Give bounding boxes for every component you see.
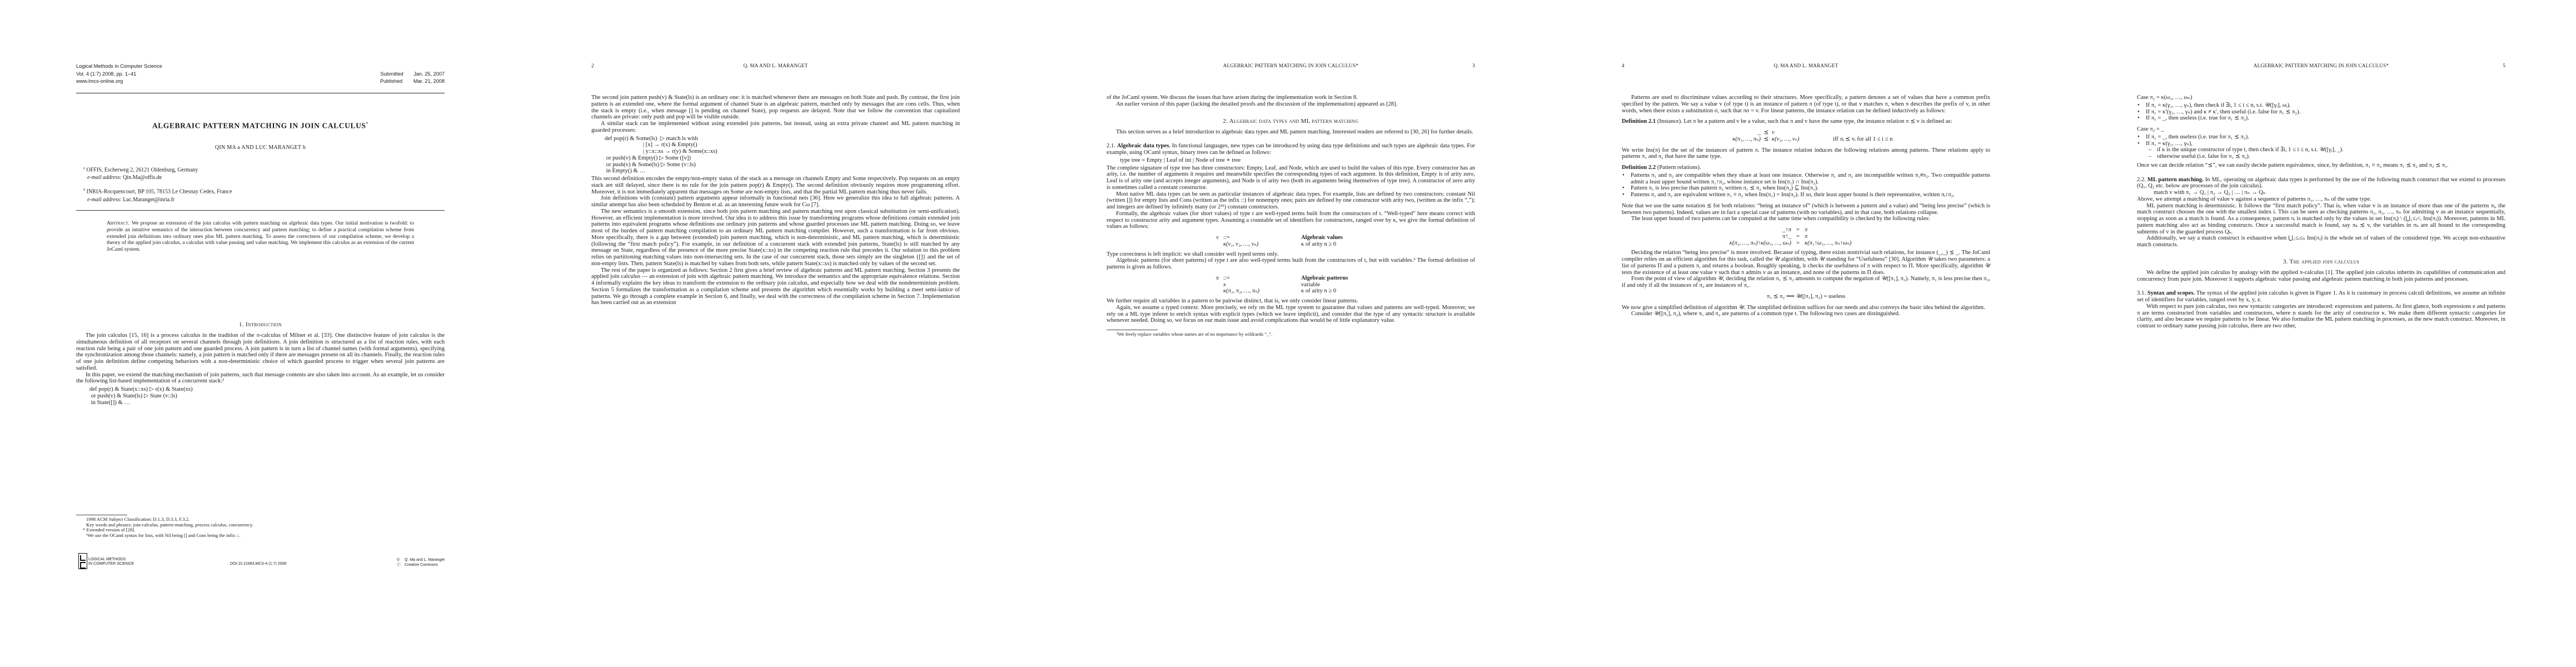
type-definition: type tree = Empty | Leaf of int | Node o… [1120, 157, 1475, 164]
subsection-heading: Algebraic data types. [1117, 143, 1170, 149]
instance-rules: _ ⪯ v κ(π₁, …, πₙ) ⪯ κ(v₁, …, vₙ) iff πᵢ… [1677, 130, 1990, 143]
affiliation-rule [76, 210, 445, 211]
paragraph: Deciding the relation “being less precis… [1622, 250, 1990, 276]
paragraph: With respect to pure join calculus, two … [2137, 303, 2505, 330]
case-heading: Case π₂ = _ [2137, 126, 2505, 133]
case-2-sublist: if κ is the unique constructor of type t… [2137, 147, 2505, 160]
values-grammar: v ::= Algebraic values κ(v₁, v₂, …, vₙ) … [1190, 235, 1475, 248]
subsection-paragraph: 3.1. Syntax and scopes. The syntax of th… [2137, 290, 2505, 303]
affiliation-b: b INRIA-Rocquencourt, BP 105, 78153 Le C… [87, 186, 432, 196]
paragraph: Consider 𝒰([π₁], π₂), where π₁ and π₂ ar… [1622, 311, 1990, 317]
case-1-list: If π₁ = κ(γ₁, …, γₙ), then check if ∃i, … [2137, 102, 2505, 122]
page-body: Patterns are used to discriminate values… [1622, 94, 1990, 317]
list-item: If π₁ = κ′(γ₁, …, γₙ) and κ ≠ κ′, then u… [2146, 109, 2505, 116]
list-item: Patterns π₁ and π₂ are equivalent writte… [1631, 192, 1990, 198]
logo-text: LOGICAL METHODS IN COMPUTER SCIENCE [88, 558, 134, 566]
paragraph: of the JoCaml system. We discuss the iss… [1107, 94, 1475, 101]
page-3: ALGEBRAIC PATTERN MATCHING IN JOIN CALCU… [1030, 0, 1546, 667]
paragraph: Join definitions with (constant) pattern… [591, 195, 960, 208]
page-number: 3 [1472, 63, 1475, 68]
paragraph: We further require all variables in a pa… [1107, 298, 1475, 305]
paragraph: Additionally, we say a match construct i… [2137, 235, 2505, 248]
section-heading: 1. Introduction [76, 321, 445, 328]
paragraph: Type correctness is left implicit: we sh… [1107, 251, 1475, 258]
footnote-rule [76, 515, 127, 515]
paragraph: The new semantics is a smooth extension,… [591, 208, 960, 267]
code-block: def pop(r) & State(x::xs) ▷ r(x) & State… [76, 386, 445, 406]
paragraph: Once we can decide relation “⪯”, we can … [2137, 162, 2505, 169]
pattern-relations-list: Patterns π₁ and π₂ are compatible when t… [1622, 172, 1990, 198]
paragraph: Algebraic patterns (for short patterns) … [1107, 257, 1475, 271]
paragraph: Patterns are used to discriminate values… [1622, 94, 1990, 114]
intro-section: 1. Introduction The join calculus [15, 1… [76, 321, 445, 406]
lub-rules: _↑π = π π↑_ = π κ(π₁, …, πₙ)↑κ(ω₁, …, ωₙ… [1688, 227, 1990, 246]
paragraph: A similar stack can be implemented witho… [591, 121, 960, 134]
paragraph: The complete signature of type tree has … [1107, 165, 1475, 191]
published-row: PublishedMar. 21, 2008 [380, 78, 445, 86]
submitted-row: SubmittedJan. 25, 2007 [380, 71, 445, 78]
affiliation-a: a OFFIS, Escherweg 2, 26121 Oldenburg, G… [87, 165, 432, 174]
paragraph: In this paper, we extend the matching me… [76, 372, 445, 385]
paragraph: ML pattern matching is deterministic. It… [2137, 203, 2505, 236]
affiliations: a OFFIS, Escherweg 2, 26121 Oldenburg, G… [87, 165, 432, 204]
footnote-rule [1107, 330, 1158, 330]
paragraph: We now give a simplified definition of a… [1622, 305, 1990, 311]
list-item: If π₁ = κ(γ₁, …, γₙ), [2146, 141, 2505, 147]
paragraph: Above, we attempt a matching of value v … [2137, 196, 2505, 203]
creative-commons-icon: ⓒ [397, 563, 405, 568]
lmcs-logo-icon [78, 553, 87, 569]
header-rule [76, 93, 445, 93]
abstract: Abstract.We propose an extension of the … [107, 220, 414, 253]
paragraph: An earlier version of this paper (lackin… [1107, 101, 1475, 108]
page-1: Logical Methods in Computer Science Vol.… [0, 0, 515, 667]
paragraph: The rest of the paper is organized as fo… [591, 267, 960, 307]
footnote: ²We freely replace variables whose names… [1117, 332, 1475, 337]
list-item: If π₁ = _, then useless (i.e. true for π… [2146, 134, 2505, 141]
authors: QIN MA a AND LUC MARANGET b [76, 145, 445, 151]
email-a: e-mail address: Qin.Ma@offis.de [87, 174, 432, 182]
copyright: ©Q. Ma and L. Maranget ⓒCreative Commons [397, 558, 445, 568]
section-heading: 2. Algebraic data types and ML pattern m… [1107, 118, 1475, 125]
page-2: 2 Q. MA AND L. MARANGET The second join … [515, 0, 1030, 667]
case-heading: Case π₂ = κ(ω₁, …, ωₙ) [2137, 94, 2505, 101]
page-body: Case π₂ = κ(ω₁, …, ωₙ) If π₁ = κ(γ₁, …, … [2137, 94, 2505, 330]
list-item: If π₁ = _, then useless (i.e. true for π… [2146, 115, 2505, 122]
case-2-list: If π₁ = _, then useless (i.e. true for π… [2137, 134, 2505, 147]
paragraph: The join calculus [15, 16] is a process … [76, 332, 445, 372]
subsection-paragraph: 2.1. Algebraic data types. In functional… [1107, 143, 1475, 156]
section-heading: 3. The applied join calculus [2137, 258, 2505, 265]
paragraph: Formally, the algebraic values (for shor… [1107, 211, 1475, 230]
paragraph: The second join pattern push(v) & State(… [591, 94, 960, 121]
copyright-icon: © [397, 558, 405, 563]
list-item: otherwise useful (i.e. false for π₁ ⪯ π₂… [2157, 153, 2505, 160]
paragraph: The least upper bound of two patterns ca… [1622, 216, 1990, 222]
list-item: Pattern π₁ is less precise than pattern … [1631, 185, 1990, 192]
definition-2-2: Definition 2.2 (Pattern relations). [1622, 165, 1990, 171]
list-item: Patterns π₁ and π₂ are compatible when t… [1631, 172, 1990, 186]
code-block: def pop(r) & Some(ls) ▷ match ls with | … [591, 136, 960, 175]
paragraph: Most native ML data types can be seen as… [1107, 191, 1475, 211]
footnotes: 1998 ACM Subject Classification: D.1.3, … [76, 512, 445, 538]
email-b: e-mail address: Luc.Maranget@inria.fr [87, 196, 432, 204]
paragraph: We write Ins(π) for the set of the insta… [1622, 147, 1990, 161]
subsection-heading: ML pattern matching. [2148, 177, 2204, 183]
paragraph: From the point of view of algorithm 𝒰, d… [1622, 276, 1990, 289]
paragraph: Again, we assume a typed context. More p… [1107, 305, 1475, 324]
paragraph: This second definition encodes the empty… [591, 176, 960, 195]
page-number: 5 [2503, 63, 2505, 68]
usefulness-equation: π₁ ⪯ π₂ ⟺ 𝒰([π₁], π₂) = useless [1622, 293, 1990, 300]
journal-header: Logical Methods in Computer Science Vol.… [76, 63, 445, 86]
page-4: 4 Q. MA AND L. MARANGET Patterns are use… [1546, 0, 2061, 667]
page-5: ALGEBRAIC PATTERN MATCHING IN JOIN CALCU… [2061, 0, 2576, 667]
page-body: of the JoCaml system. We discuss the iss… [1107, 94, 1475, 337]
paragraph: Note that we use the same notation ⪯ for… [1622, 203, 1990, 216]
journal-name: Logical Methods in Computer Science [76, 63, 445, 71]
definition-2-1: Definition 2.1 (Instance). Let π be a pa… [1622, 118, 1990, 125]
match-construct: match v with π₁ → Q₁ | π₂ → Q₂ | … | πₙ … [2154, 190, 2505, 196]
page-footer: LOGICAL METHODS IN COMPUTER SCIENCE DOI:… [76, 553, 445, 570]
subsection-heading: Syntax and scopes. [2148, 290, 2195, 296]
subsection-paragraph: 2.2. ML pattern matching. In ML, operati… [2137, 177, 2505, 190]
list-item: if κ is the unique constructor of type t… [2157, 147, 2505, 153]
page-body: The second join pattern push(v) & State(… [591, 94, 960, 306]
paragraph: We define the applied join calculus by a… [2137, 270, 2505, 283]
paragraph: This section serves as a brief introduct… [1107, 129, 1475, 136]
patterns-grammar: π ::= Algebraic patterns x variable κ(π₁… [1190, 275, 1475, 295]
doi[interactable]: DOI:10.2168/LMCS-4 (1:7) 2008 [230, 562, 286, 566]
list-item: If π₁ = κ(γ₁, …, γₙ), then check if ∃i, … [2146, 102, 2505, 109]
paper-title: ALGEBRAIC PATTERN MATCHING IN JOIN CALCU… [76, 121, 445, 131]
